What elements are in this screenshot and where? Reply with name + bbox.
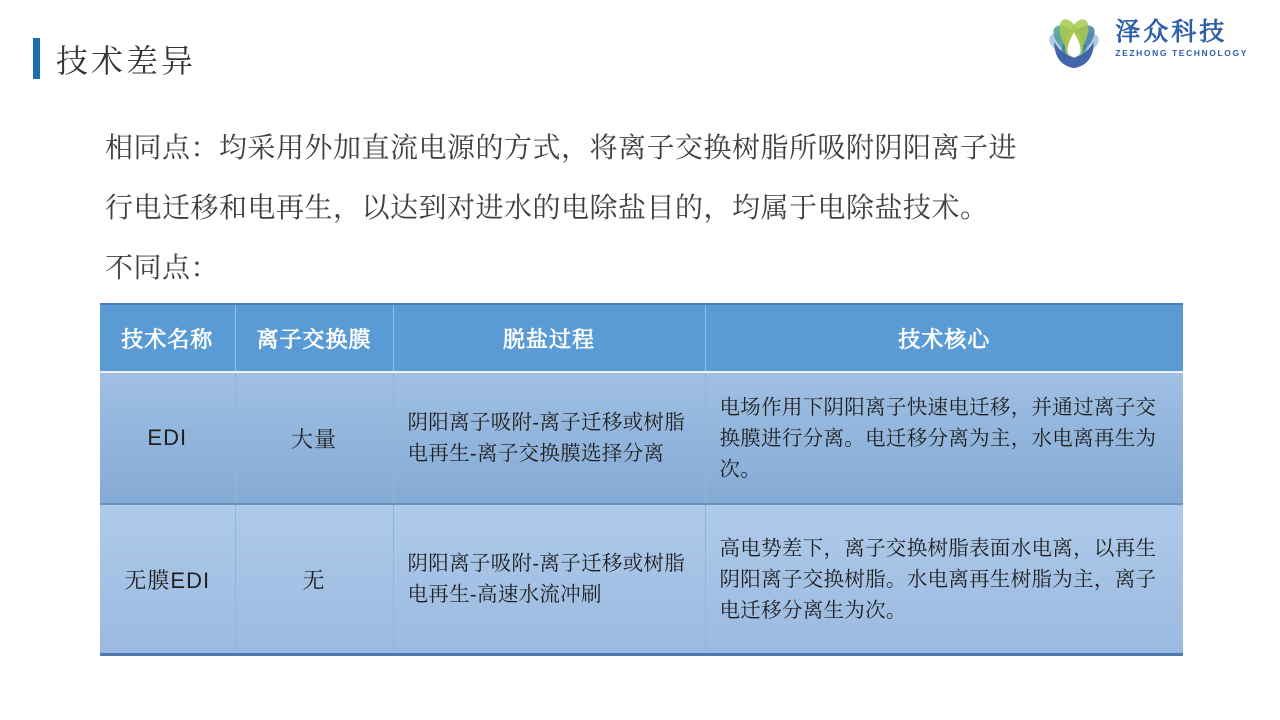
cell-mledi-name: 无膜EDI — [100, 504, 235, 655]
table-row-membraneless-edi: 无膜EDI 无 阴阳离子吸附-离子迁移或树脂电再生-高速水流冲刷 高电势差下，离… — [100, 504, 1183, 655]
header-cell-ion-membrane: 离子交换膜 — [235, 304, 393, 372]
company-logo-icon — [1041, 6, 1107, 72]
company-name: 泽众科技 — [1115, 20, 1248, 45]
body-paragraph: 相同点：均采用外加直流电源的方式，将离子交换树脂所吸附阴阳离子进 行电迁移和电再… — [105, 118, 1195, 298]
cell-mledi-process: 阴阳离子吸附-离子迁移或树脂电再生-高速水流冲刷 — [393, 504, 705, 655]
table-header-row: 技术名称 离子交换膜 脱盐过程 技术核心 — [100, 304, 1183, 372]
cell-edi-core: 电场作用下阴阳离子快速电迁移，并通过离子交换膜进行分离。电迁移分离为主，水电离再… — [705, 372, 1183, 504]
cell-edi-process: 阴阳离子吸附-离子迁移或树脂电再生-离子交换膜选择分离 — [393, 372, 705, 504]
slide-root: 技术差异 泽众科技 ZEZHONG TECHNOLOGY 相同点：均采用外加直流… — [0, 0, 1280, 720]
cell-mledi-membrane: 无 — [235, 504, 393, 655]
cell-edi-name: EDI — [100, 372, 235, 504]
header-cell-tech-core: 技术核心 — [705, 304, 1183, 372]
body-line-3: 不同点： — [105, 238, 1195, 298]
title-accent-bar — [33, 38, 40, 79]
cell-mledi-core: 高电势差下，离子交换树脂表面水电离，以再生阴阳离子交换树脂。水电离再生树脂为主，… — [705, 504, 1183, 655]
company-logo: 泽众科技 ZEZHONG TECHNOLOGY — [1041, 6, 1248, 72]
body-line-2: 行电迁移和电再生，以达到对进水的电除盐目的，均属于电除盐技术。 — [105, 178, 1195, 238]
company-subtitle: ZEZHONG TECHNOLOGY — [1115, 49, 1248, 58]
header-cell-tech-name: 技术名称 — [100, 304, 235, 372]
table-row-edi: EDI 大量 阴阳离子吸附-离子迁移或树脂电再生-离子交换膜选择分离 电场作用下… — [100, 372, 1183, 504]
cell-edi-membrane: 大量 — [235, 372, 393, 504]
body-line-1: 相同点：均采用外加直流电源的方式，将离子交换树脂所吸附阴阳离子进 — [105, 118, 1195, 178]
page-title: 技术差异 — [56, 36, 196, 82]
header-cell-desalination-process: 脱盐过程 — [393, 304, 705, 372]
company-logo-text: 泽众科技 ZEZHONG TECHNOLOGY — [1115, 20, 1248, 58]
comparison-table: 技术名称 离子交换膜 脱盐过程 技术核心 EDI 大量 阴阳离子吸附-离子迁移或… — [100, 303, 1183, 656]
